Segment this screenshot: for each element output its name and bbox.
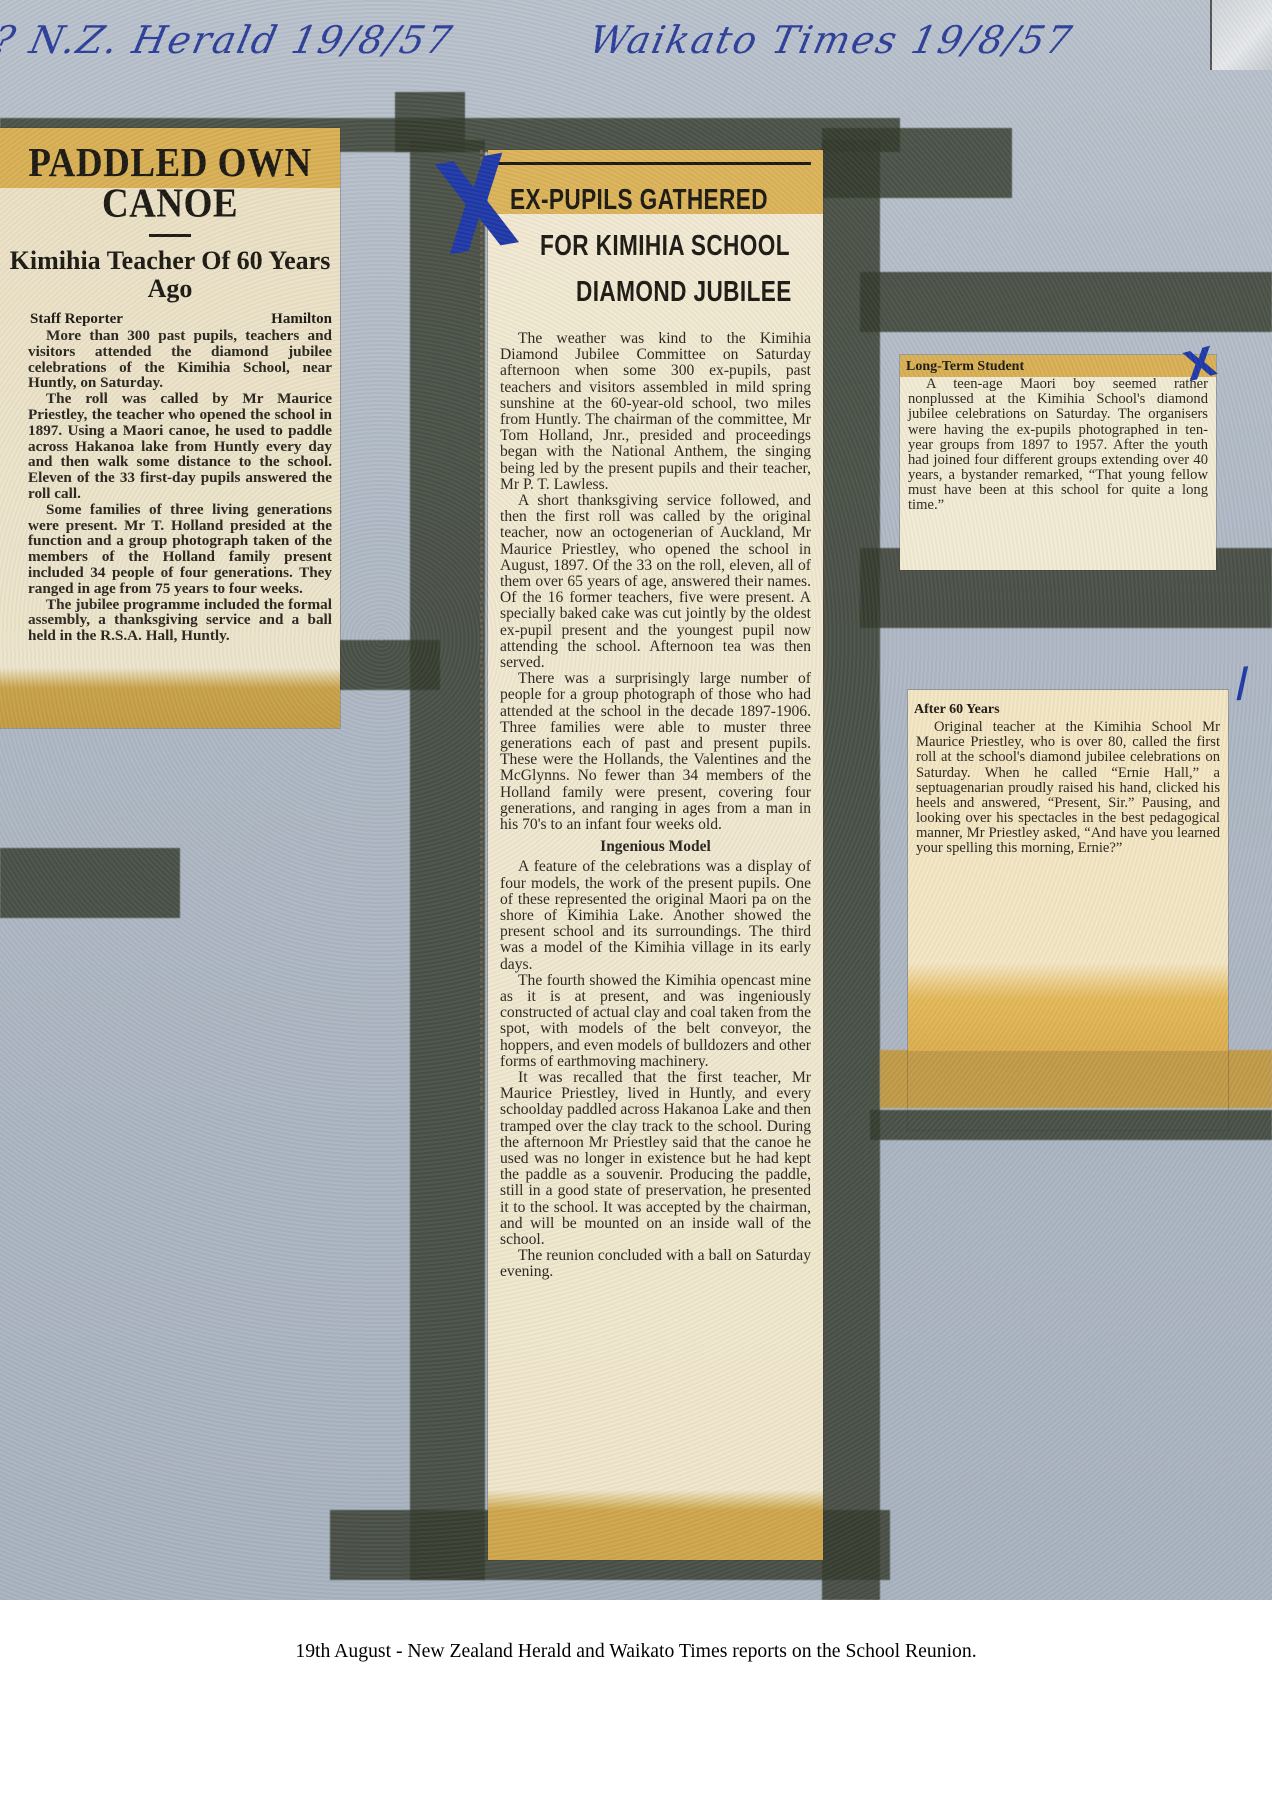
paragraph: The roll was called by Mr Maurice Priest… bbox=[28, 391, 332, 502]
tape-strip bbox=[330, 640, 440, 690]
clipping-long-term-student: Long-Term Student A teen-age Maori boy s… bbox=[900, 355, 1216, 570]
dateline: Hamilton bbox=[271, 311, 332, 328]
divider bbox=[149, 234, 191, 237]
paragraph: A teen-age Maori boy seemed rather nonpl… bbox=[908, 377, 1208, 514]
paragraph: More than 300 past pupils, teachers and … bbox=[28, 328, 332, 391]
tape-strip bbox=[410, 140, 485, 1580]
article-body: Original teacher at the Kimihia School M… bbox=[916, 720, 1220, 857]
paragraph: Some families of three living generation… bbox=[28, 502, 332, 597]
paragraph: Original teacher at the Kimihia School M… bbox=[916, 720, 1220, 857]
headline-line-1: EX-PUPILS GATHERED bbox=[510, 177, 754, 223]
cut-guide-line bbox=[480, 150, 483, 1110]
clipping-title: After 60 Years bbox=[914, 702, 1228, 718]
paragraph: The fourth showed the Kimihia opencast m… bbox=[500, 973, 811, 1070]
divider bbox=[498, 162, 811, 165]
article-body: More than 300 past pupils, teachers and … bbox=[28, 328, 332, 644]
page-corner-fold bbox=[1210, 0, 1272, 70]
paragraph: The jubilee programme included the forma… bbox=[28, 597, 332, 644]
paragraph: There was a surprisingly large number of… bbox=[500, 671, 811, 833]
tape-strip bbox=[860, 272, 1272, 332]
paragraph: A feature of the celebrations was a disp… bbox=[500, 859, 811, 972]
subheading: Ingenious Model bbox=[500, 839, 811, 855]
clipping-ex-pupils-gathered: EX-PUPILS GATHERED FOR KIMIHIA SCHOOL DI… bbox=[488, 150, 823, 1560]
handwritten-note-nz-herald: ? N.Z. Herald 19/8/57 bbox=[0, 18, 457, 62]
clipping-paddled-own-canoe: PADDLED OWN CANOE Kimihia Teacher Of 60 … bbox=[0, 128, 340, 728]
clipping-after-60-years: After 60 Years Original teacher at the K… bbox=[908, 690, 1228, 1130]
handwritten-note-waikato-times: Waikato Times 19/8/57 bbox=[585, 18, 1077, 62]
byline: Staff Reporter bbox=[30, 311, 123, 328]
article-body: A teen-age Maori boy seemed rather nonpl… bbox=[908, 377, 1208, 514]
scrapbook-page-photo: ? N.Z. Herald 19/8/57 Waikato Times 19/8… bbox=[0, 0, 1272, 1600]
tape-strip bbox=[0, 848, 180, 918]
paragraph: It was recalled that the first teacher, … bbox=[500, 1070, 811, 1248]
subheadline: Kimihia Teacher Of 60 Years Ago bbox=[0, 247, 340, 303]
tape-strip bbox=[822, 140, 880, 1600]
clipping-title: Long-Term Student bbox=[906, 359, 1216, 375]
page-caption: 19th August - New Zealand Herald and Wai… bbox=[25, 1640, 1246, 1663]
tape-strip bbox=[822, 128, 1012, 198]
paragraph: A short thanksgiving service followed, a… bbox=[500, 493, 811, 671]
pen-tick-mark-icon: / bbox=[1233, 659, 1252, 706]
paragraph: The weather was kind to the Kimihia Diam… bbox=[500, 331, 811, 493]
headline-line-3: DIAMOND JUBILEE bbox=[576, 269, 769, 315]
paragraph: The reunion concluded with a ball on Sat… bbox=[500, 1248, 811, 1280]
headline-line-2: FOR KIMIHIA SCHOOL bbox=[540, 223, 761, 269]
article-body: The weather was kind to the Kimihia Diam… bbox=[500, 331, 811, 1281]
headline: PADDLED OWN CANOE bbox=[0, 144, 340, 225]
byline-row: Staff Reporter Hamilton bbox=[30, 311, 332, 328]
